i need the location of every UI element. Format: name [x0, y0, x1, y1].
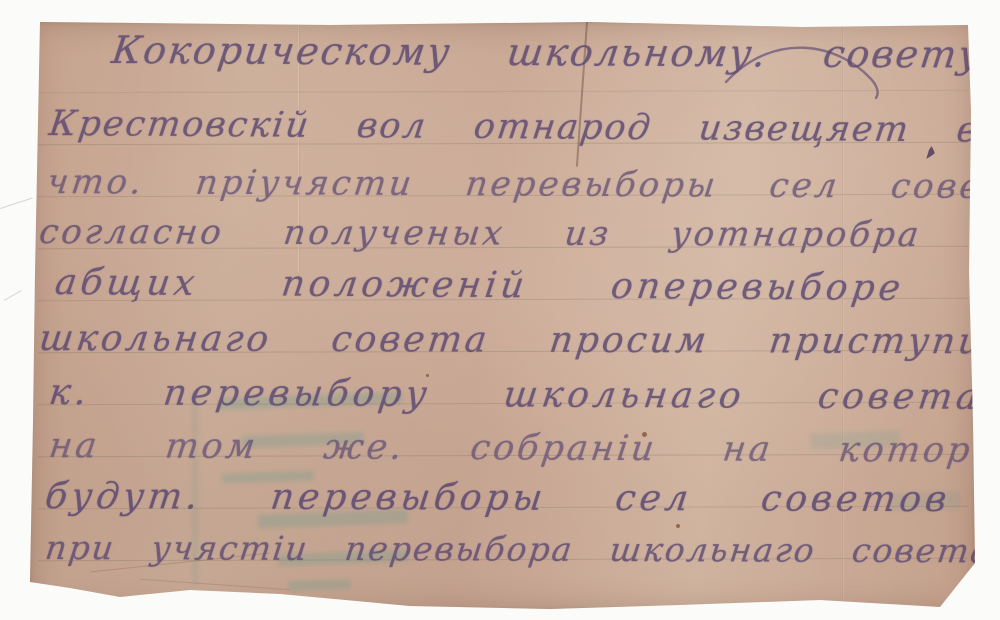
handwriting-line: к. перевыбору школьнаго совета	[47, 372, 985, 418]
handwriting-line: что. пріучясти перевыборы сел совети	[45, 162, 1000, 207]
paper-speck	[642, 432, 647, 437]
handwriting-line: школьнаго совета просим приступит	[37, 318, 1000, 362]
scan-canvas: Кокорическому школьному. совету Крестовс…	[0, 0, 1000, 620]
handwriting-line: будут. перевыборы сел советов	[43, 476, 953, 520]
wrinkle-crease	[140, 579, 290, 590]
paper-sheet: Кокорическому школьному. совету Крестовс…	[30, 22, 975, 610]
paper-speck	[426, 374, 429, 377]
pen-flourish	[720, 38, 890, 108]
scan-scratch	[4, 290, 22, 301]
paper-speck	[676, 524, 680, 528]
handwriting-line: при учястіи перевыбора школьнаго совета	[43, 528, 995, 570]
stamp-bleedthrough-row	[288, 579, 350, 591]
handwriting-line: абщих положеній оперевыборе	[53, 262, 907, 309]
scan-scratch	[0, 197, 33, 208]
handwriting-line: согласно полученых из уотнаробра	[37, 212, 924, 255]
handwriting-line: на том же. собраніи на которой	[47, 426, 1000, 471]
handwriting-line: Крестовскій вол отнарод извещяет вам	[47, 104, 1000, 151]
